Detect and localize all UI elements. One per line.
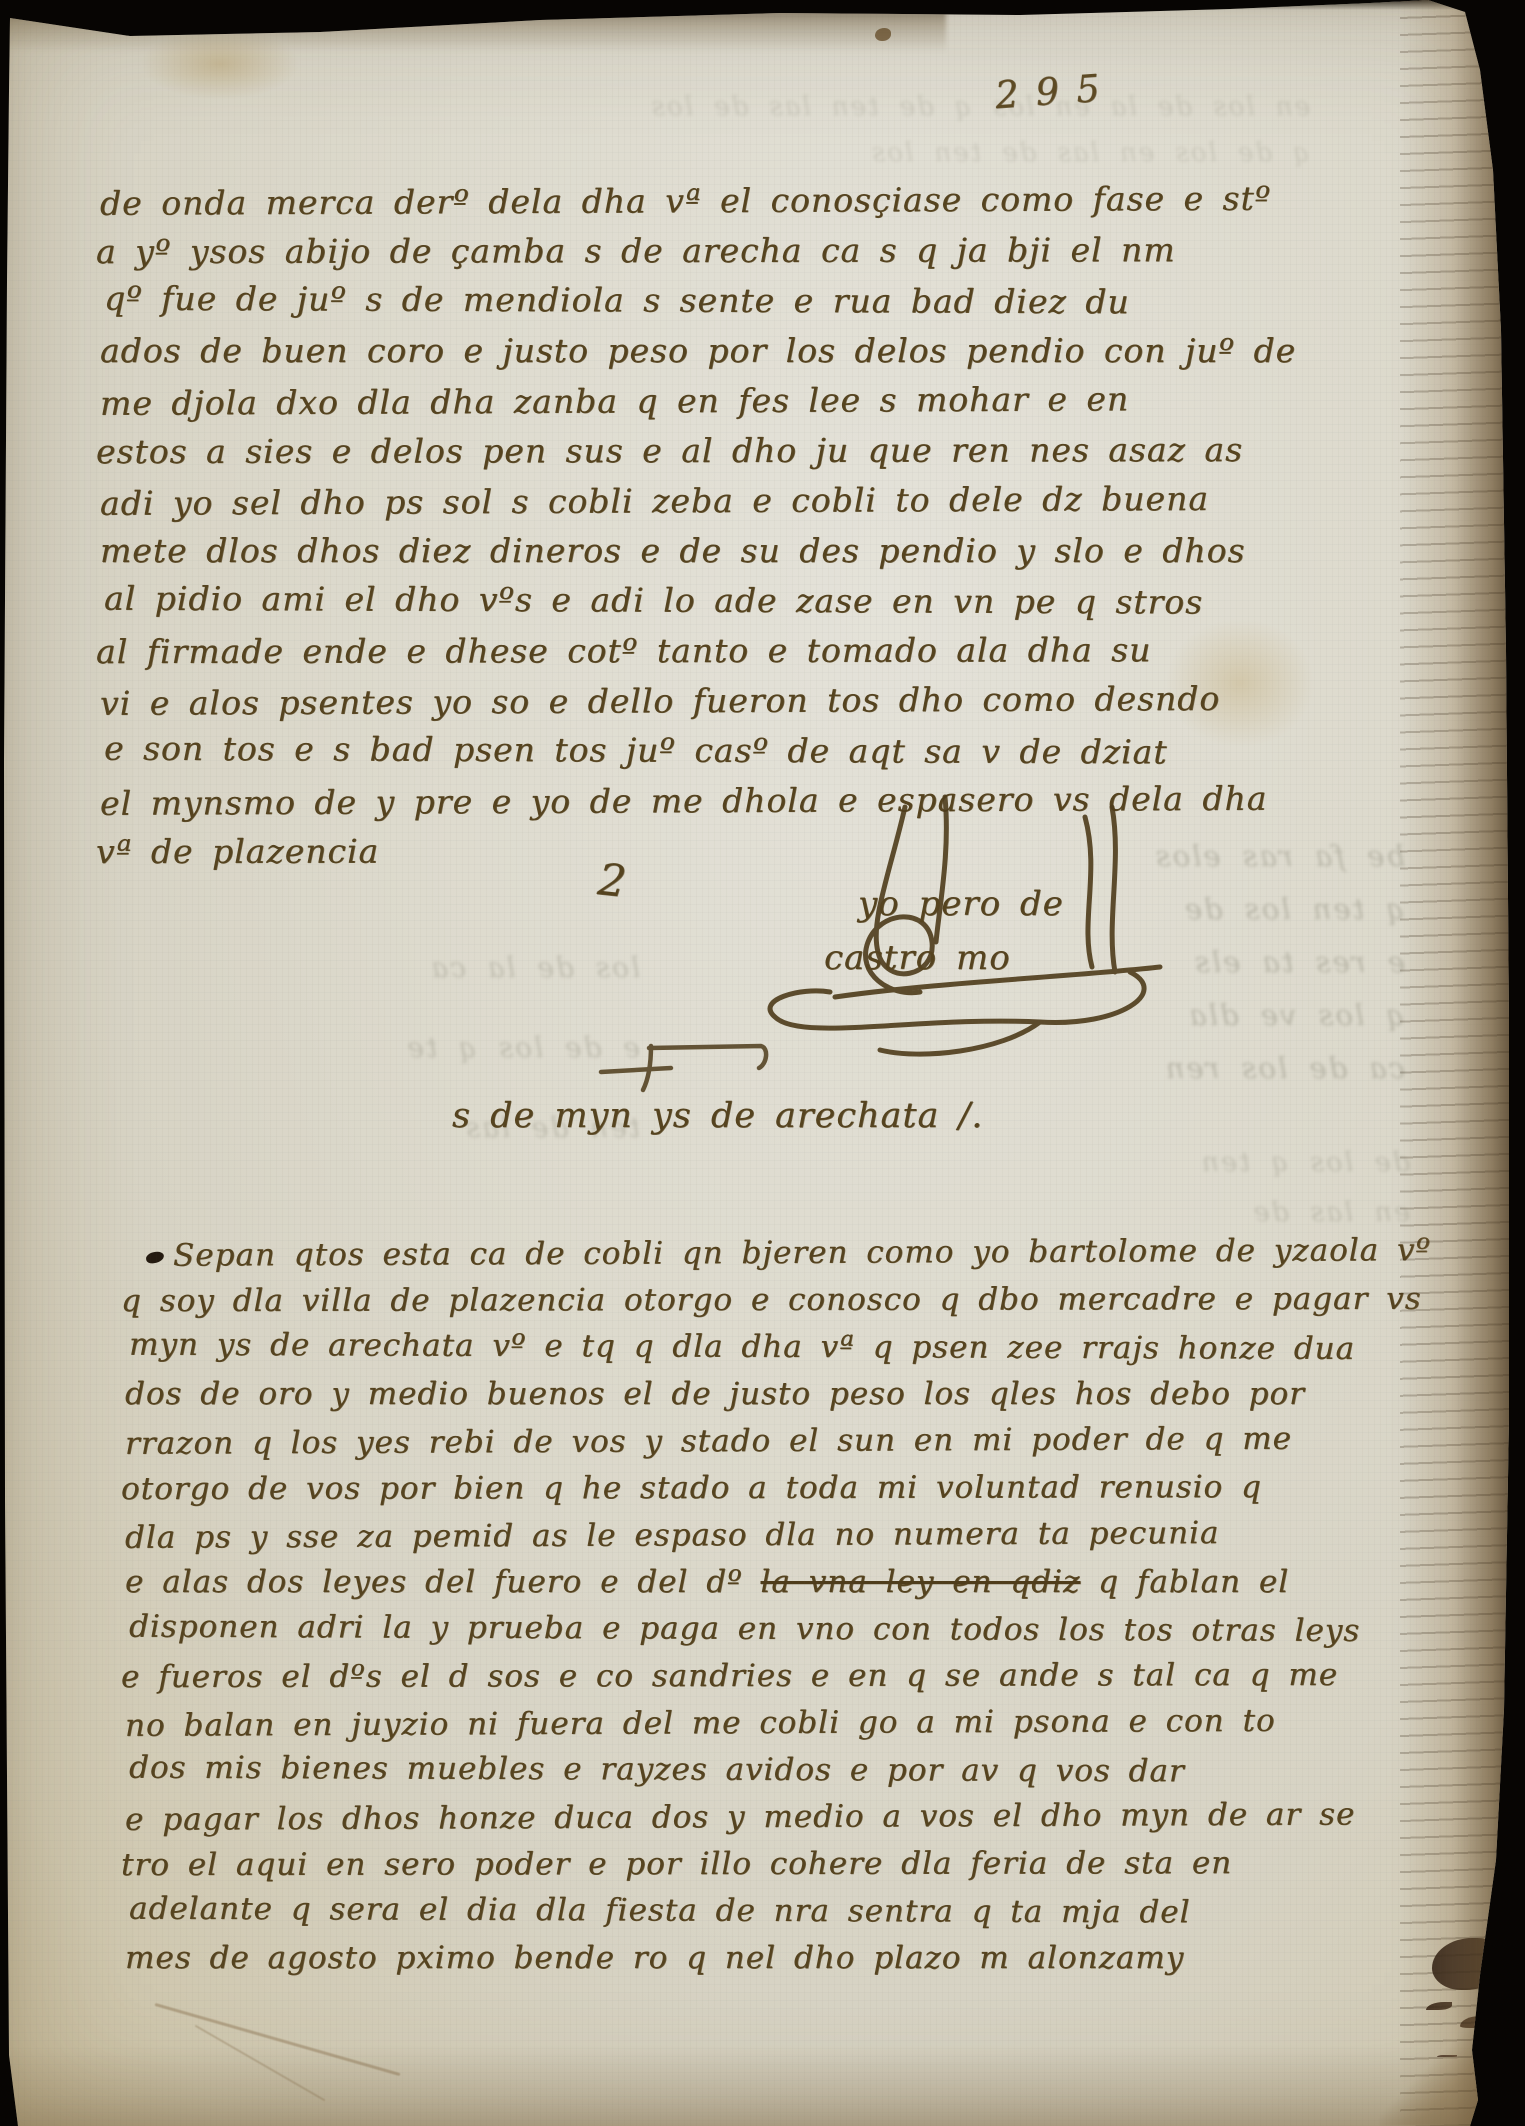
interline-numeral: 2 (595, 855, 629, 909)
page-right-deckle-edge (1400, 0, 1525, 2126)
manuscript-line: myn ys de arechata vº e tq q dla dha vª … (129, 1322, 1459, 1374)
manuscript-photo: en los de la en los q de ten las de los … (0, 0, 1525, 2126)
page-bottom-edge-shading (0, 2046, 1525, 2126)
bleed-through-right-margin: de los q ten en las de (980, 1138, 1410, 1238)
notary-signature: yo pero de castro mo (740, 792, 1180, 1067)
manuscript-line: mes de agosto pximo bende ro q nel dho p… (125, 1935, 1455, 1982)
manuscript-line: qº fue de juº s de mendiola s sente e ru… (104, 274, 1414, 329)
manuscript-line: disponen adri la y prueba e paga en vno … (129, 1604, 1459, 1656)
manuscript-line: adi yo sel dho ps sol s cobli zeba e cob… (100, 473, 1410, 529)
manuscript-line: a yº ysos abijo de çamba s de arecha ca … (96, 225, 1406, 277)
manuscript-line: vi e alos psentes yo so e dello fueron t… (100, 673, 1410, 729)
manuscript-line: Sepan qtos esta ca de cobli qn bjeren co… (125, 1227, 1455, 1280)
folio-number: 295 (994, 66, 1118, 117)
paragraph-block-1: de onda merca derº dela dha vª el conosç… (100, 176, 1410, 876)
manuscript-line: no balan en juyzio ni fuera del me cobli… (125, 1697, 1455, 1750)
manuscript-line: me djola dxo dla dha zanba q en fes lee … (100, 373, 1410, 429)
signature-name-line: castro mo (824, 938, 1011, 978)
section-heading-line: s de myn ys de arechata /. (452, 1096, 983, 1136)
struck-out-words: la vna ley en qdiz (761, 1564, 1081, 1600)
manuscript-line: adelante q sera el dia dla fiesta de nra… (129, 1886, 1459, 1938)
manuscript-line: ados de buen coro e justo peso por los d… (100, 326, 1410, 376)
line-segment: q fablan el (1080, 1564, 1289, 1600)
manuscript-line: estos a sies e delos pen sus e al dho ju… (96, 425, 1406, 477)
manuscript-line: q soy dla villa de plazencia otorgo e co… (121, 1276, 1451, 1325)
manuscript-page: en los de la en los q de ten las de los … (0, 0, 1525, 2126)
manuscript-line: dos mis bienes muebles e rayzes avidos e… (129, 1745, 1459, 1797)
manuscript-line: al firmade ende e dhese cotº tanto e tom… (96, 625, 1406, 677)
manuscript-line: mete dlos dhos diez dineros e de su des … (100, 526, 1410, 576)
manuscript-line: de onda merca derº dela dha vª el conosç… (100, 173, 1410, 229)
manuscript-line: al pidio ami el dho vºs e adi lo ade zas… (104, 574, 1414, 629)
manuscript-line: otorgo de vos por bien q he stado a toda… (121, 1464, 1451, 1513)
manuscript-line: e son tos e s bad psen tos juº casº de a… (104, 724, 1414, 779)
top-shadow-edge (0, 0, 1525, 10)
manuscript-line: dos de oro y medio buenos el de justo pe… (125, 1371, 1455, 1418)
manuscript-line: tro el aqui en sero poder e por illo coh… (121, 1840, 1451, 1889)
manuscript-line: e pagar los dhos honze duca dos y medio … (125, 1791, 1455, 1844)
manuscript-line: e fueros el dºs el d sos e co sandries e… (121, 1652, 1451, 1701)
signature-rubric-flourish-icon (740, 792, 1180, 1067)
manuscript-line-with-strikethrough: e alas dos leyes del fuero e del dº la v… (125, 1559, 1455, 1606)
paraph-mark-icon (593, 1038, 778, 1104)
line-segment: e alas dos leyes del fuero e del dº (125, 1564, 761, 1600)
manuscript-line: rrazon q los yes rebi de vos y stado el … (125, 1415, 1455, 1468)
signature-name-line: yo pero de (858, 884, 1064, 924)
manuscript-line: dla ps y sse za pemid as le espaso dla n… (125, 1509, 1455, 1562)
paragraph-block-2: Sepan qtos esta ca de cobli qn bjeren co… (125, 1230, 1455, 1982)
top-soiling-smudge (0, 0, 946, 52)
bleed-through-top: en los de la en los q de ten las de los … (210, 84, 1310, 176)
